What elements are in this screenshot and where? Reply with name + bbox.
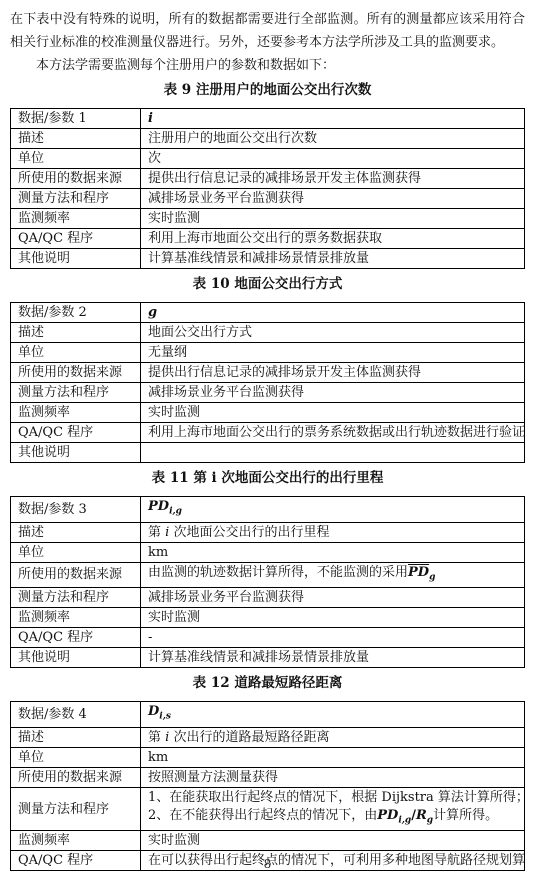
method-step-2: 2、在不能获得出行起终点的情况下，由PDi,g/Rg计算所得。 bbox=[148, 807, 517, 830]
row-value: 实时监测 bbox=[141, 209, 525, 229]
table-row: 监测频率 实时监测 bbox=[11, 403, 525, 423]
table-row: 单位 次 bbox=[11, 149, 525, 169]
row-label: 单位 bbox=[11, 747, 141, 767]
table-row: 其他说明 计算基准线情景和减排场景情景排放量 bbox=[11, 249, 525, 269]
row-label: 其他说明 bbox=[11, 648, 141, 668]
row-label: 测量方法和程序 bbox=[11, 383, 141, 403]
row-label: 描述 bbox=[11, 727, 141, 747]
table-row: 单位 km bbox=[11, 747, 525, 767]
table-10-parameter-table: 数据/参数 2 g 描述 地面公交出行方式 单位 无量纲 所使用的数据来源 提供… bbox=[10, 302, 525, 463]
method-text: 计算所得。 bbox=[433, 808, 498, 823]
row-value: 提供出行信息记录的减排场景开发主体监测获得 bbox=[141, 169, 525, 189]
row-value: 实时监测 bbox=[141, 403, 525, 423]
row-label: 测量方法和程序 bbox=[11, 189, 141, 209]
desc-text: 次地面公交出行的出行里程 bbox=[169, 525, 329, 540]
table-row: 测量方法和程序 减排场景业务平台监测获得 bbox=[11, 383, 525, 403]
row-label: QA/QC 程序 bbox=[11, 229, 141, 249]
table-row: 数据/参数 2 g bbox=[11, 303, 525, 323]
row-value: PDi,g bbox=[141, 497, 525, 523]
row-label: 其他说明 bbox=[11, 443, 141, 463]
table-row: 所使用的数据来源 提供出行信息记录的减排场景开发主体监测获得 bbox=[11, 169, 525, 189]
row-value: 无量纲 bbox=[141, 343, 525, 363]
row-value: 第 i 次出行的道路最短路径距离 bbox=[141, 727, 525, 747]
row-label: 数据/参数 1 bbox=[11, 109, 141, 129]
row-value: 减排场景业务平台监测获得 bbox=[141, 383, 525, 403]
table-row: 其他说明 计算基准线情景和减排场景情景排放量 bbox=[11, 648, 525, 668]
table-row: 数据/参数 4 Di,s bbox=[11, 702, 525, 728]
table-row: 监测频率 实时监测 bbox=[11, 831, 525, 851]
row-label: 描述 bbox=[11, 522, 141, 542]
table-11-title: 表 11 第 i 次地面公交出行的出行里程 bbox=[10, 470, 525, 487]
page-number: 8 bbox=[0, 857, 535, 871]
row-label: 监测频率 bbox=[11, 403, 141, 423]
row-label: 描述 bbox=[11, 129, 141, 149]
table-row: 测量方法和程序 减排场景业务平台监测获得 bbox=[11, 588, 525, 608]
row-label: 测量方法和程序 bbox=[11, 588, 141, 608]
row-label: 监测频率 bbox=[11, 831, 141, 851]
row-label: 单位 bbox=[11, 149, 141, 169]
table-row: 单位 km bbox=[11, 542, 525, 562]
param-subscript: i,g bbox=[398, 815, 411, 825]
table-11-parameter-table: 数据/参数 3 PDi,g 描述 第 i 次地面公交出行的出行里程 单位 km … bbox=[10, 496, 525, 668]
param-symbol: g bbox=[148, 305, 157, 320]
table-9-parameter-table: 数据/参数 1 i 描述 注册用户的地面公交出行次数 单位 次 所使用的数据来源… bbox=[10, 108, 525, 269]
table-9-title: 表 9 注册用户的地面公交出行次数 bbox=[10, 82, 525, 99]
row-label: 所使用的数据来源 bbox=[11, 767, 141, 787]
source-text: 由监测的轨迹数据计算所得，不能监测的采用 bbox=[148, 565, 408, 580]
table-row: QA/QC 程序 - bbox=[11, 628, 525, 648]
intro-paragraph: 在下表中没有特殊的说明，所有的数据都需要进行全部监测。所有的测量都应该采用符合相… bbox=[10, 8, 525, 54]
row-label: 其他说明 bbox=[11, 249, 141, 269]
row-value: 实时监测 bbox=[141, 608, 525, 628]
row-label: 单位 bbox=[11, 343, 141, 363]
row-value: Di,s bbox=[141, 702, 525, 728]
table-row: 描述 第 i 次出行的道路最短路径距离 bbox=[11, 727, 525, 747]
table-row: 描述 注册用户的地面公交出行次数 bbox=[11, 129, 525, 149]
param-subscript: i,s bbox=[159, 712, 171, 722]
table-row: 监测频率 实时监测 bbox=[11, 209, 525, 229]
param-symbol: PD bbox=[148, 499, 169, 514]
row-label: 测量方法和程序 bbox=[11, 787, 141, 831]
param-symbol: i bbox=[148, 111, 153, 126]
table-10-title: 表 10 地面公交出行方式 bbox=[10, 276, 525, 293]
table-row: 数据/参数 3 PDi,g bbox=[11, 497, 525, 523]
table-row: 所使用的数据来源 提供出行信息记录的减排场景开发主体监测获得 bbox=[11, 363, 525, 383]
row-value: g bbox=[141, 303, 525, 323]
row-label: 描述 bbox=[11, 323, 141, 343]
table-row: 描述 地面公交出行方式 bbox=[11, 323, 525, 343]
row-label: 数据/参数 4 bbox=[11, 702, 141, 728]
row-label: 所使用的数据来源 bbox=[11, 169, 141, 189]
row-label: 数据/参数 3 bbox=[11, 497, 141, 523]
table-row: 所使用的数据来源 由监测的轨迹数据计算所得，不能监测的采用PDg bbox=[11, 562, 525, 588]
row-value: 减排场景业务平台监测获得 bbox=[141, 189, 525, 209]
row-label: 所使用的数据来源 bbox=[11, 562, 141, 588]
row-value: 减排场景业务平台监测获得 bbox=[141, 588, 525, 608]
row-value: 利用上海市地面公交出行的票务系统数据或出行轨迹数据进行验证 bbox=[141, 423, 525, 443]
desc-text: 第 bbox=[148, 525, 165, 540]
table-row: 测量方法和程序 1、在能获取出行起终点的情况下，根据 Dijkstra 算法计算… bbox=[11, 787, 525, 831]
row-value: - bbox=[141, 628, 525, 648]
table-row: 其他说明 bbox=[11, 443, 525, 463]
row-value: 按照测量方法测量获得 bbox=[141, 767, 525, 787]
table-row: 监测频率 实时监测 bbox=[11, 608, 525, 628]
row-value: 1、在能获取出行起终点的情况下，根据 Dijkstra 算法计算所得； 2、在不… bbox=[141, 787, 525, 831]
desc-text: 次出行的道路最短路径距离 bbox=[169, 730, 329, 745]
row-label: 监测频率 bbox=[11, 209, 141, 229]
param-symbol: PD bbox=[377, 808, 398, 823]
row-value: 利用上海市地面公交出行的票务数据获取 bbox=[141, 229, 525, 249]
param-subscript: g bbox=[429, 572, 435, 582]
method-step-1: 1、在能获取出行起终点的情况下，根据 Dijkstra 算法计算所得； bbox=[148, 789, 517, 807]
row-value: 计算基准线情景和减排场景情景排放量 bbox=[141, 249, 525, 269]
table-row: 单位 无量纲 bbox=[11, 343, 525, 363]
row-value: km bbox=[141, 747, 525, 767]
overline-param-symbol: PD bbox=[408, 565, 429, 580]
param-symbol: D bbox=[148, 704, 159, 719]
row-value: 注册用户的地面公交出行次数 bbox=[141, 129, 525, 149]
row-label: 数据/参数 2 bbox=[11, 303, 141, 323]
method-text: 2、在不能获得出行起终点的情况下，由 bbox=[148, 808, 377, 823]
desc-text: 第 bbox=[148, 730, 165, 745]
document-page: 在下表中没有特殊的说明，所有的数据都需要进行全部监测。所有的测量都应该采用符合相… bbox=[0, 0, 535, 883]
monitoring-note-paragraph: 本方法学需要监测每个注册用户的参数和数据如下： bbox=[10, 54, 525, 77]
row-label: 单位 bbox=[11, 542, 141, 562]
param-symbol: R bbox=[416, 808, 427, 823]
table-12-parameter-table: 数据/参数 4 Di,s 描述 第 i 次出行的道路最短路径距离 单位 km 所… bbox=[10, 701, 525, 871]
row-label: QA/QC 程序 bbox=[11, 628, 141, 648]
row-value: 提供出行信息记录的减排场景开发主体监测获得 bbox=[141, 363, 525, 383]
row-value: 地面公交出行方式 bbox=[141, 323, 525, 343]
param-subscript: i,g bbox=[169, 507, 182, 517]
row-value: 第 i 次地面公交出行的出行里程 bbox=[141, 522, 525, 542]
row-label: 所使用的数据来源 bbox=[11, 363, 141, 383]
row-value: 计算基准线情景和减排场景情景排放量 bbox=[141, 648, 525, 668]
row-value: 次 bbox=[141, 149, 525, 169]
row-label: QA/QC 程序 bbox=[11, 423, 141, 443]
table-row: 描述 第 i 次地面公交出行的出行里程 bbox=[11, 522, 525, 542]
table-row: QA/QC 程序 利用上海市地面公交出行的票务系统数据或出行轨迹数据进行验证 bbox=[11, 423, 525, 443]
table-row: QA/QC 程序 利用上海市地面公交出行的票务数据获取 bbox=[11, 229, 525, 249]
table-row: 所使用的数据来源 按照测量方法测量获得 bbox=[11, 767, 525, 787]
table-12-title: 表 12 道路最短路径距离 bbox=[10, 675, 525, 692]
table-row: 测量方法和程序 减排场景业务平台监测获得 bbox=[11, 189, 525, 209]
row-value: i bbox=[141, 109, 525, 129]
row-value: 实时监测 bbox=[141, 831, 525, 851]
row-value: km bbox=[141, 542, 525, 562]
row-label: 监测频率 bbox=[11, 608, 141, 628]
row-value: 由监测的轨迹数据计算所得，不能监测的采用PDg bbox=[141, 562, 525, 588]
row-value bbox=[141, 443, 525, 463]
table-row: 数据/参数 1 i bbox=[11, 109, 525, 129]
